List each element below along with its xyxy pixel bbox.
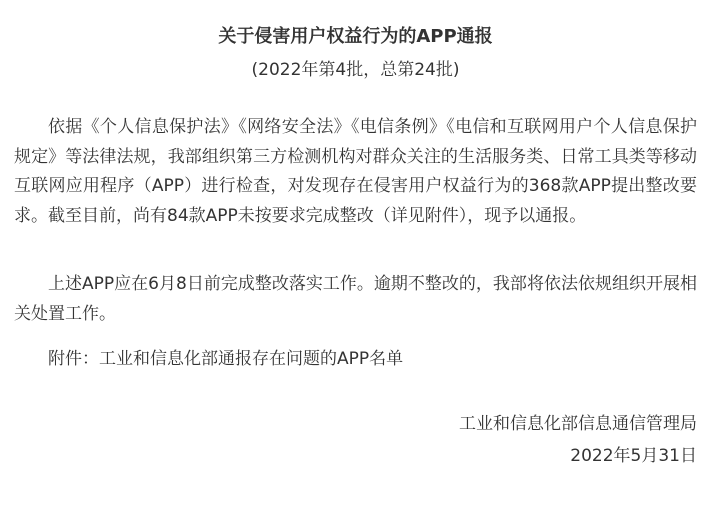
paragraph-rectification-deadline: 上述APP应在6月8日前完成整改落实工作。逾期不整改的，我部将依法依规组织开展相… (14, 270, 697, 329)
notice-document: 关于侵害用户权益行为的APP通报 (2022年第4批，总第24批) 依据《个人信… (0, 0, 712, 509)
attachment-line: 附件：工业和信息化部通报存在问题的APP名单 (14, 345, 697, 375)
paragraph-legal-basis: 依据《个人信息保护法》《网络安全法》《电信条例》《电信和互联网用户个人信息保护规… (14, 113, 697, 231)
document-title: 关于侵害用户权益行为的APP通报 (14, 26, 697, 48)
issue-date: 2022年5月31日 (14, 442, 697, 472)
issuer-signature: 工业和信息化部信息通信管理局 (14, 410, 697, 440)
document-subtitle: (2022年第4批，总第24批) (14, 59, 697, 81)
